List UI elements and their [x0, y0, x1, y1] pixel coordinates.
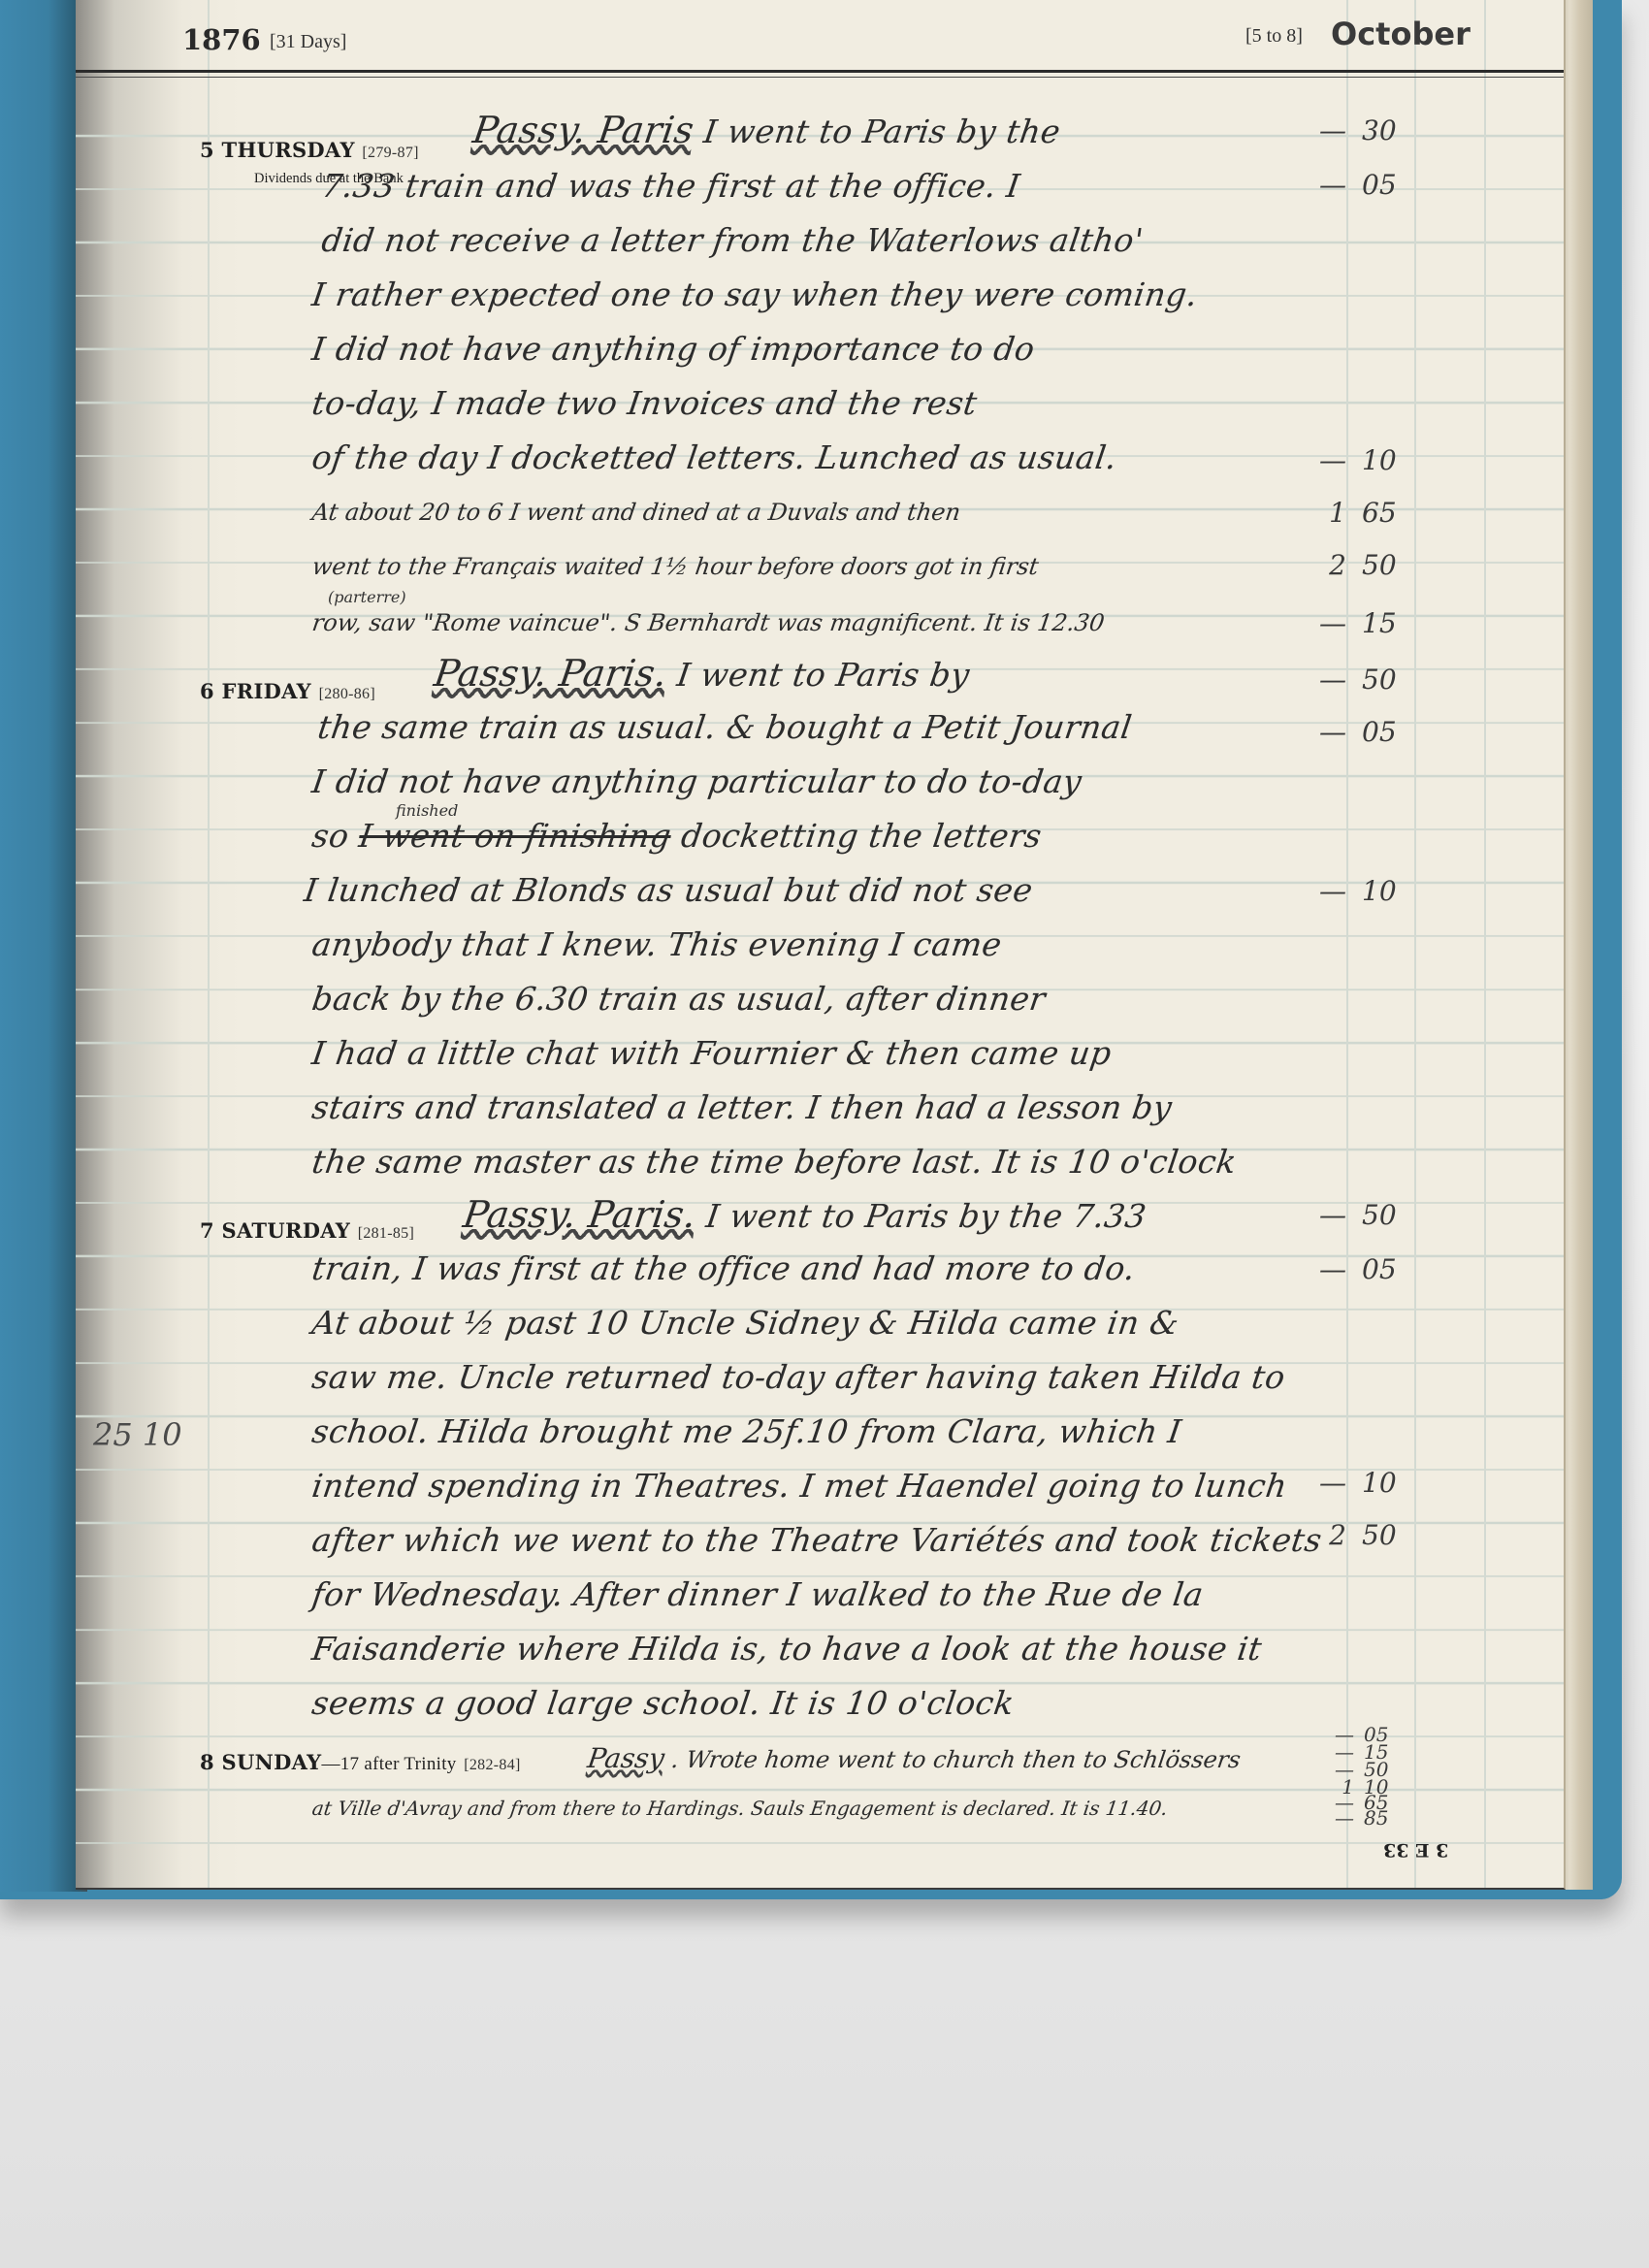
day-heading-sunday: 8 SUNDAY—17 after Trinity [282-84] — [200, 1750, 521, 1775]
day-name: 7 SATURDAY — [200, 1218, 350, 1243]
amount-francs: 2 — [1278, 549, 1346, 581]
amount-francs: — — [1278, 875, 1346, 907]
struck-text: I went on finishing — [357, 817, 674, 855]
day-name: 8 SUNDAY — [200, 1750, 321, 1774]
entry-line: seems a good large school. It is 10 o'cl… — [309, 1684, 1017, 1722]
entry-line: Passy. Paris. I went to Paris by — [432, 652, 973, 695]
amount-cents: 05 — [1362, 169, 1420, 201]
amount-cents: 50 — [1362, 1199, 1420, 1231]
expense-amount: 165 — [1278, 497, 1434, 529]
expense-amount: —50 — [1278, 1199, 1434, 1231]
entry-line: the same train as usual. & bought a Peti… — [315, 708, 1134, 746]
amount-francs: — — [1278, 1199, 1346, 1231]
amount-cents: 10 — [1362, 875, 1420, 907]
entry-line: went to the Français waited 1½ hour befo… — [310, 553, 1040, 580]
date-range: [5 to 8] — [1245, 25, 1303, 48]
book-spine-cover — [0, 0, 87, 1892]
entry-line: back by the 6.30 train as usual, after d… — [309, 980, 1048, 1018]
amount-francs: — — [1278, 169, 1346, 201]
day-heading-friday: 6 FRIDAY [280-86] — [200, 679, 375, 703]
year-title: 1876 — [182, 23, 261, 56]
entry-line: row, saw "Rome vaincue". S Bernhardt was… — [310, 609, 1106, 636]
amount-cents: 10 — [1362, 444, 1420, 476]
right-column-rule — [1484, 0, 1486, 1888]
amount-cents: 85 — [1364, 1806, 1403, 1830]
amount-francs: 1 — [1278, 497, 1346, 529]
entry-text: I went to Paris by — [675, 656, 973, 694]
entry-line: after which we went to the Theatre Varié… — [309, 1521, 1324, 1559]
entry-text: so — [309, 817, 351, 855]
day-heading-saturday: 7 SATURDAY [281-85] — [200, 1218, 414, 1243]
place-name: Passy. Paris. — [461, 1193, 699, 1236]
margin-rule — [208, 0, 210, 1888]
expense-amount: 250 — [1278, 1519, 1434, 1551]
day-range: [279-87] — [362, 145, 418, 161]
entry-line: saw me. Uncle returned to-day after havi… — [309, 1358, 1287, 1396]
expense-amount: 250 — [1278, 549, 1434, 581]
interlinear-note: (parterre) — [328, 588, 406, 606]
entry-line: school. Hilda brought me 25f.10 from Cla… — [309, 1412, 1183, 1450]
header-rule — [76, 70, 1564, 73]
entry-line: stairs and translated a letter. I then h… — [309, 1088, 1175, 1126]
entry-line: to-day, I made two Invoices and the rest — [309, 384, 980, 422]
amount-cents: 05 — [1362, 1253, 1420, 1285]
entry-line: I rather expected one to say when they w… — [309, 275, 1200, 313]
entry-line: at Ville d'Avray and from there to Hardi… — [310, 1797, 1169, 1820]
entry-line: Passy. Paris. I went to Paris by the 7.3… — [461, 1193, 1149, 1236]
amount-cents: 10 — [1362, 1467, 1420, 1499]
amount-cents: 05 — [1362, 716, 1420, 748]
expense-amount: —85 — [1300, 1806, 1455, 1830]
liturgical-note: —17 after Trinity — [321, 1754, 456, 1774]
amount-francs: — — [1278, 114, 1346, 146]
amount-francs: — — [1278, 1467, 1346, 1499]
place-name: Passy. Paris. — [432, 652, 670, 695]
expense-amount: —05 — [1278, 169, 1434, 201]
expense-amount: —30 — [1278, 114, 1434, 146]
header-rule-thin — [76, 77, 1564, 78]
place-name: Passy — [586, 1742, 666, 1774]
cents-column-rule — [1414, 0, 1416, 1888]
day-range: [280-86] — [319, 686, 375, 702]
entry-line: intend spending in Theatres. I met Haend… — [309, 1467, 1289, 1505]
entry-line: for Wednesday. After dinner I walked to … — [309, 1575, 1206, 1613]
entry-line: train, I was first at the office and had… — [309, 1249, 1138, 1287]
amount-cents: 50 — [1362, 549, 1420, 581]
expense-amount: —50 — [1278, 664, 1434, 696]
expense-amount: —05 — [1278, 1253, 1434, 1285]
amount-francs: — — [1278, 1253, 1346, 1285]
day-heading-thursday: 5 THURSDAY [279-87] — [200, 138, 419, 162]
entry-line: I did not have anything particular to do… — [309, 762, 1084, 800]
amount-cents: 15 — [1362, 607, 1420, 639]
amount-francs: — — [1278, 664, 1346, 696]
entry-text: . Wrote home went to church then to Schl… — [669, 1746, 1242, 1773]
entry-line: so I went on finishing docketting the le… — [309, 817, 1044, 855]
entry-line: At about ½ past 10 Uncle Sidney & Hilda … — [309, 1304, 1181, 1342]
place-name: Passy. Paris — [470, 109, 696, 151]
expense-amount: —10 — [1278, 875, 1434, 907]
entry-text: I went to Paris by the 7.33 — [704, 1197, 1149, 1235]
amount-francs: 2 — [1278, 1519, 1346, 1551]
diary-page: 1876 [31 Days] [5 to 8] October 5 THURSD… — [76, 0, 1566, 1890]
entry-line: the same master as the time before last.… — [309, 1143, 1239, 1181]
entry-line: I did not have anything of importance to… — [309, 330, 1037, 368]
day-name: 5 THURSDAY — [200, 138, 355, 162]
entry-line: Passy. Paris I went to Paris by the — [470, 109, 1063, 151]
month-title: October — [1331, 16, 1471, 52]
expense-amount: —10 — [1278, 444, 1434, 476]
page-header: 1876 [31 Days] [5 to 8] October — [76, 0, 1564, 80]
amount-francs: — — [1278, 444, 1346, 476]
entry-line: Passy . Wrote home went to church then t… — [586, 1742, 1244, 1774]
days-count: [31 Days] — [270, 31, 346, 53]
entry-line: did not receive a letter from the Waterl… — [319, 221, 1146, 259]
day-range: [281-85] — [358, 1225, 414, 1242]
amount-cents: 50 — [1362, 1519, 1420, 1551]
expense-amount: —05 — [1278, 716, 1434, 748]
entry-line: I lunched at Blonds as usual but did not… — [302, 871, 1035, 909]
amount-cents: 50 — [1362, 664, 1420, 696]
entry-line: At about 20 to 6 I went and dined at a D… — [310, 499, 962, 526]
entry-line: of the day I docketted letters. Lunched … — [309, 438, 1119, 476]
amount-column-rule — [1346, 0, 1348, 1888]
entry-text: I went to Paris by the — [701, 113, 1063, 150]
day-range: [282-84] — [464, 1757, 520, 1773]
entry-line: I had a little chat with Fournier & then… — [309, 1034, 1114, 1072]
expense-amount: —10 — [1278, 1467, 1434, 1499]
margin-income-note: 25 10 — [93, 1416, 182, 1453]
amount-cents: 30 — [1362, 114, 1420, 146]
entry-text: docketting the letters — [679, 817, 1045, 855]
entry-line: 7.33 train and was the first at the offi… — [319, 167, 1022, 205]
amount-francs: — — [1300, 1806, 1354, 1830]
entry-line: anybody that I knew. This evening I came — [309, 925, 1004, 963]
amount-francs: — — [1278, 607, 1346, 639]
day-name: 6 FRIDAY — [200, 679, 311, 703]
expense-amount: —15 — [1278, 607, 1434, 639]
page-code: 3 E 33 — [1383, 1839, 1448, 1861]
amount-cents: 65 — [1362, 497, 1420, 529]
entry-line: Faisanderie where Hilda is, to have a lo… — [309, 1630, 1264, 1668]
amount-francs: — — [1278, 716, 1346, 748]
